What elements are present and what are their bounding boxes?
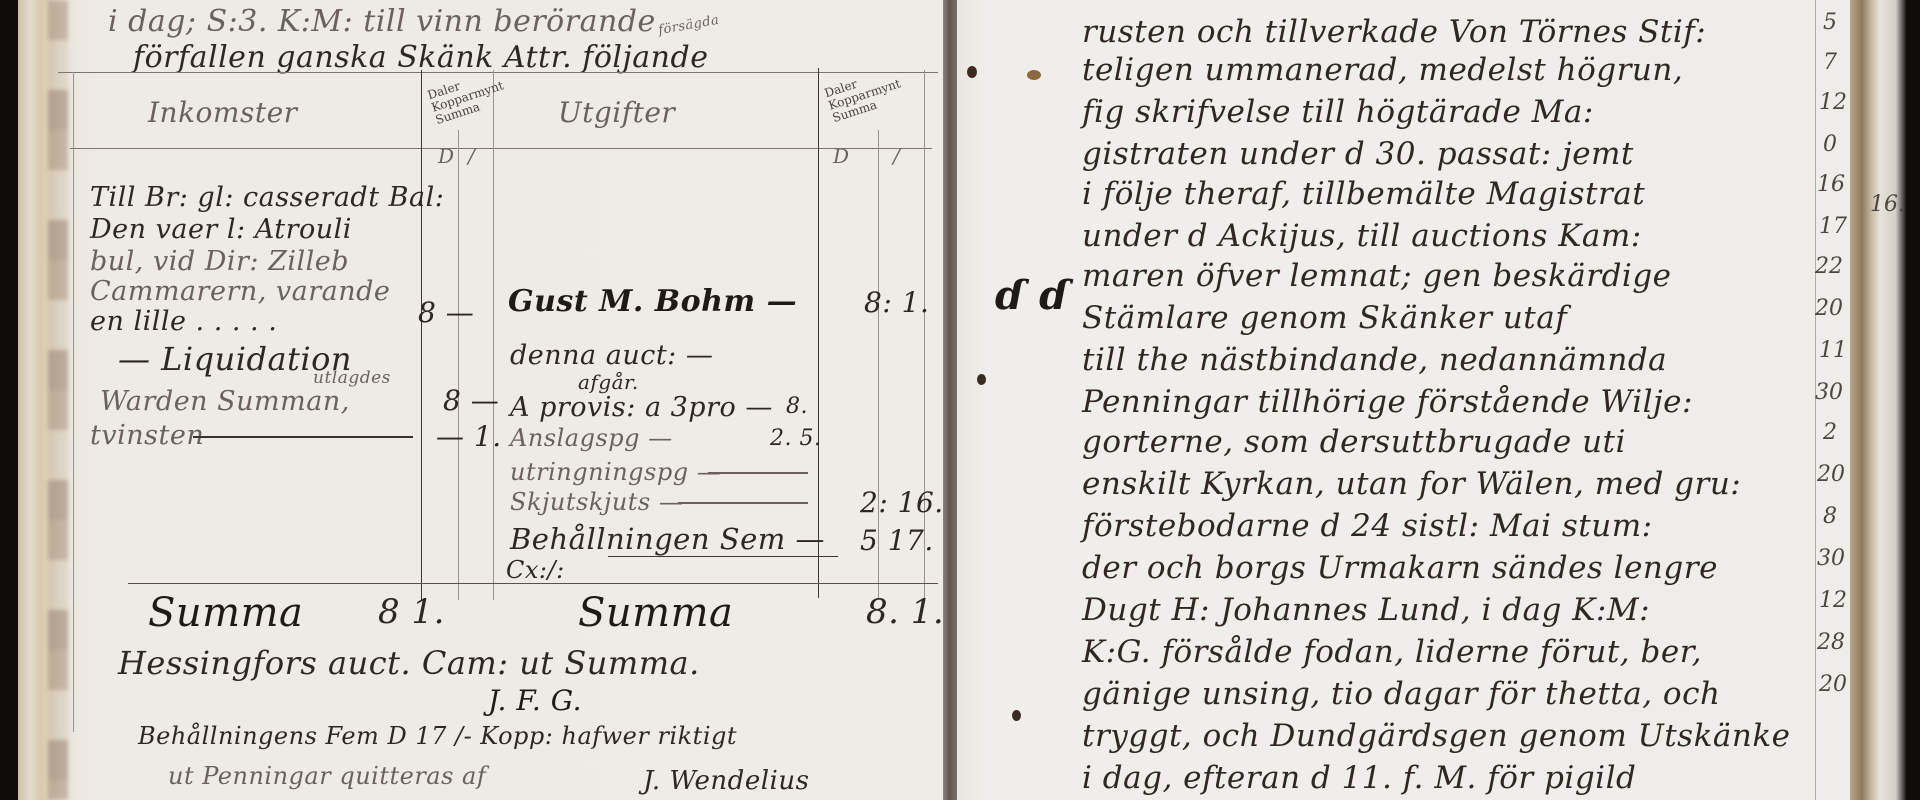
income-amount-col-rule xyxy=(421,70,422,600)
expense-entry: denna auct: — xyxy=(510,340,713,371)
margin-number: 0 xyxy=(1823,132,1837,157)
page-edge-fold xyxy=(1880,0,1906,800)
margin-number: 12 xyxy=(1819,90,1847,115)
income-total-label: Summa xyxy=(148,590,303,636)
income-entry-line: en lille . . . . . xyxy=(90,306,277,337)
income-subcol-rule xyxy=(458,130,459,600)
expense-entry-amount: 2: 16. xyxy=(860,486,944,519)
income-subcol-d: D xyxy=(438,144,455,168)
signature: J. Wendelius xyxy=(643,766,809,796)
expense-entry-amount: 2. 5. xyxy=(770,426,821,451)
ink-blot xyxy=(967,66,977,78)
expense-amount-col-rule xyxy=(818,68,819,598)
stain-mark xyxy=(1027,70,1041,80)
margin-number: 28 xyxy=(1817,630,1845,655)
column-header-expense-amount: Daler Kopparmynt Summa xyxy=(823,57,930,125)
left-footer-line-2: J. F. G. xyxy=(488,684,582,717)
manuscript-spread: i dag; S:3. K:M: till vinn berörande för… xyxy=(0,0,1920,800)
right-page: ɗ ɗ rusten och tillverkade Von Törnes St… xyxy=(957,0,1857,800)
margin-number: 20 xyxy=(1815,296,1843,321)
right-text-line: maren öfver lemnat; gen beskärdige xyxy=(1082,258,1672,294)
left-footer-line-1: Hessingfors auct. Cam: ut Summa. xyxy=(118,644,700,682)
margin-number: 17 xyxy=(1819,214,1847,239)
right-text-line: rusten och tillverkade Von Törnes Stif: xyxy=(1082,14,1706,50)
ink-blot xyxy=(1012,710,1021,721)
right-text-line: fig skrifvelse till högtärade Ma: xyxy=(1082,94,1594,130)
right-text-line: der och borgs Urmakarn sändes lengre xyxy=(1082,550,1718,586)
income-entry-line: bul, vid Dir: Zilleb xyxy=(90,246,349,277)
right-text-line: Penningar tillhörige förstående Wilje: xyxy=(1082,384,1693,420)
ink-blot xyxy=(977,374,986,385)
right-text-line: teligen ummanerad, medelst högrun, xyxy=(1082,52,1683,88)
margin-number: 22 xyxy=(1815,254,1843,279)
expense-subcol-slash: / xyxy=(893,144,900,168)
right-text-line: gänige unsing, tio dagar för thetta, och xyxy=(1082,676,1720,712)
page-edge-stain xyxy=(48,0,68,800)
expense-entry-superscript: afgår. xyxy=(578,370,639,394)
right-text-line: i dag, efteran d 11. f. M. för pigild xyxy=(1082,760,1636,796)
expense-entry: Behållningen Sem — xyxy=(510,522,825,556)
left-footer-line-3: Behållningens Fem D 17 /- Kopp: hafwer r… xyxy=(138,722,737,750)
margin-number: 30 xyxy=(1815,380,1843,405)
expense-dash-line xyxy=(678,502,808,504)
income-entry-amount: 8 — xyxy=(443,384,499,417)
income-entry-line: Cammarern, varande xyxy=(90,276,390,307)
income-entry-amount: — 1. xyxy=(436,420,502,453)
column-header-income: Inkomster xyxy=(148,96,298,129)
right-text-line: i följe theraf, tillbemälte Magistrat xyxy=(1082,176,1645,212)
right-text-line: gorterne, som dersuttbrugade uti xyxy=(1082,424,1626,460)
right-text-line: K:G. försålde fodan, liderne förut, ber, xyxy=(1082,634,1702,670)
table-header-rule xyxy=(70,148,932,149)
right-text-line: enskilt Kyrkan, utan for Wälen, med gru: xyxy=(1082,466,1741,502)
expenses-col-rule xyxy=(493,70,494,600)
income-dash-line xyxy=(193,436,413,438)
right-text-line: tryggt, och Dundgärdsgen genom Utskänke xyxy=(1082,718,1790,754)
expense-total-label: Summa xyxy=(578,590,733,636)
margin-number: 8 xyxy=(1823,504,1837,529)
expense-entry-amount: 5 17. xyxy=(860,524,934,557)
left-page: i dag; S:3. K:M: till vinn berörande för… xyxy=(18,0,953,800)
expense-entry: Gust M. Bohm — xyxy=(508,284,797,319)
table-right-rule xyxy=(924,70,925,600)
right-text-line: Stämlare genom Skänker utaf xyxy=(1082,300,1567,336)
margin-number: 12 xyxy=(1819,588,1847,613)
margin-number: 20 xyxy=(1819,672,1847,697)
expense-entry-amount: 8: 1. xyxy=(864,286,929,319)
margin-mark: ɗ ɗ xyxy=(995,272,1069,319)
income-entry-line: Den vaer l: Atrouli xyxy=(90,214,352,245)
right-text-line: till the nästbindande, nedannämnda xyxy=(1082,342,1667,378)
table-top-rule xyxy=(58,72,938,73)
expense-underline xyxy=(608,556,838,557)
expense-subcol-d: D xyxy=(833,144,850,168)
column-header-expenses: Utgifter xyxy=(558,96,675,129)
right-text-line: under d Ackijus, till auctions Kam: xyxy=(1082,218,1642,254)
income-entry-line: Warden Summan, xyxy=(100,386,350,417)
expense-dash-line xyxy=(708,472,808,474)
margin-number: 30 xyxy=(1817,546,1845,571)
left-header-line-1: i dag; S:3. K:M: till vinn berörande xyxy=(108,4,656,39)
income-entry-amount: 8 — xyxy=(418,296,474,329)
table-left-rule xyxy=(73,72,74,732)
totals-rule xyxy=(128,583,938,584)
left-footer-line-4: ut Penningar quitteras af xyxy=(168,762,486,790)
margin-number: 20 xyxy=(1817,462,1845,487)
income-entry-superscript: utlagdes xyxy=(313,368,391,388)
left-header-superscript: försägda xyxy=(657,13,720,38)
right-text-line: förstebodarne d 24 sistl: Mai stum: xyxy=(1082,508,1653,544)
expense-entry: A provis: a 3pro — xyxy=(510,392,773,423)
expense-total-amount: 8. 1. xyxy=(866,592,944,632)
expense-entry: Skjutskjuts — xyxy=(510,488,683,516)
expense-entry: Anslagspg — xyxy=(510,424,673,452)
income-subcol-slash: / xyxy=(468,144,475,168)
margin-number: 2 xyxy=(1823,420,1837,445)
income-entry-line: Till Br: gl: casseradt Bal: xyxy=(90,182,444,213)
right-text-line: gistraten under d 30. passat: jemt xyxy=(1082,136,1634,172)
expense-entry-amount: 8. xyxy=(786,394,808,419)
margin-number: 5 xyxy=(1823,10,1837,35)
outer-margin-number: 16. xyxy=(1870,192,1905,217)
expense-entry: utringningspg — xyxy=(510,458,721,486)
income-total-amount: 8 1. xyxy=(378,592,445,632)
right-text-line: Dugt H: Johannes Lund, i dag K:M: xyxy=(1082,592,1650,628)
margin-number: 7 xyxy=(1823,50,1837,75)
margin-number: 11 xyxy=(1819,338,1847,363)
margin-number: 16 xyxy=(1817,172,1845,197)
expense-entry: Cx:/: xyxy=(506,556,565,584)
income-entry-line: tvinsten xyxy=(90,420,204,451)
book-spine xyxy=(943,0,957,800)
